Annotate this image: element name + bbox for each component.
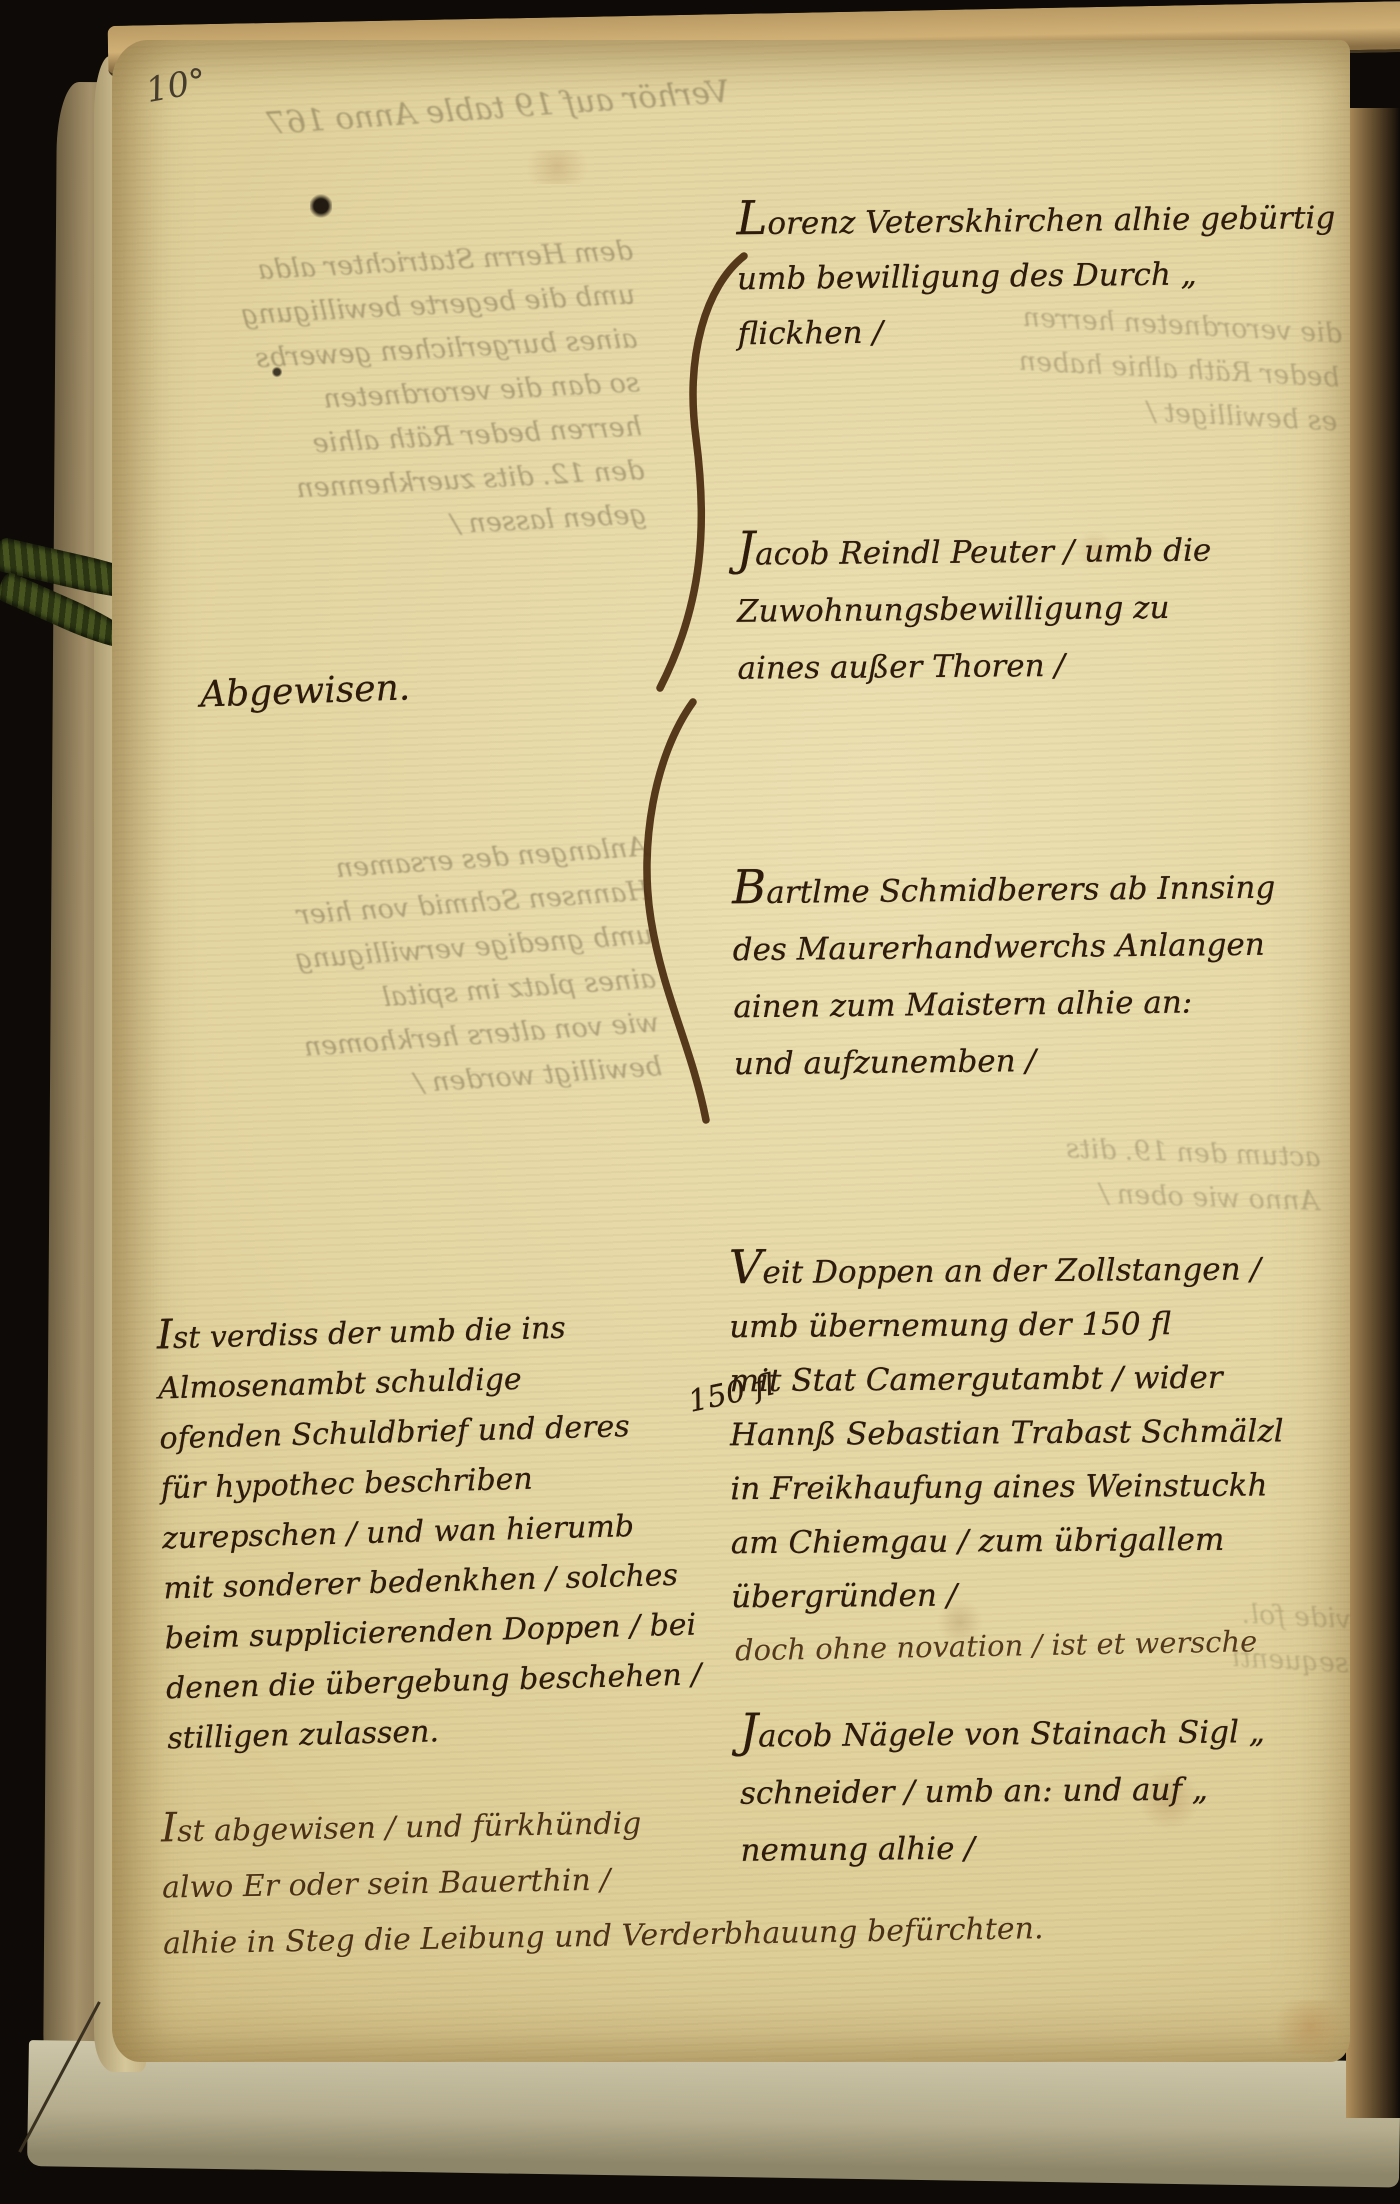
manuscript-scan: 10° Verhör auf 19 table Anno 167 dem Her… (0, 0, 1400, 2204)
response-1: Ist verdiss der umb die ins Almosenambt … (156, 1295, 733, 1765)
entry-3: Bartlme Schmidberers ab Innsing des Maur… (732, 853, 1364, 1094)
ghost-block-1: dem Herrn Statrichter alda umb die beger… (142, 229, 647, 562)
ghost-block-2: Anlangen des ersamen Hannsen Schmid von … (166, 826, 663, 1123)
margin-decision-note: Abgewisen. (199, 660, 411, 722)
response-2: Ist abgewisen / und fürkhündig alwo Er o… (161, 1780, 1259, 1972)
ghost-block-4: actum den 19. dits Anno wie oben / (849, 1120, 1322, 1224)
entry-2: Jacob Reindl Peuter / umb die Zuwohnungs… (736, 515, 1358, 697)
entry-1: Lorenz Veterskhirchen alhie gebürtig umb… (736, 185, 1358, 362)
cover-bottom-edge (27, 2040, 1400, 2188)
entry-4: Veit Doppen an der Zollstangen / umb übe… (729, 1236, 1372, 1624)
entry-5-novation-note: doch ohne novation / ist et wersche (735, 1613, 1356, 1679)
